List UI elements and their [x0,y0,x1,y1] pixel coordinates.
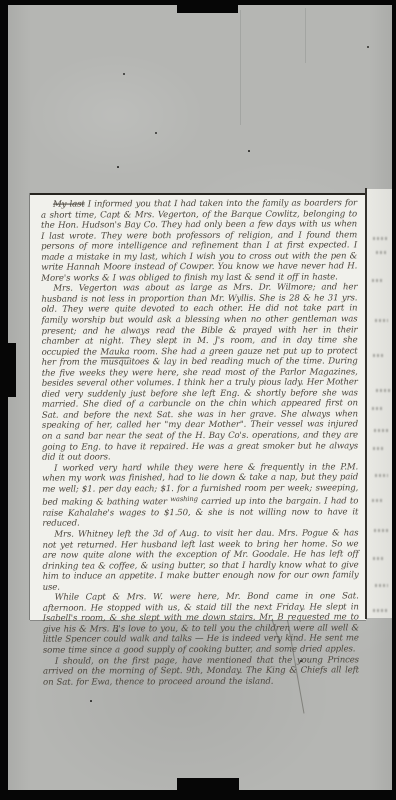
adjacent-page-strip [367,189,392,618]
faint-writing-mark [375,584,388,587]
faint-writing-mark [374,529,388,532]
paper-crease [240,10,241,125]
dust-speck [367,46,369,48]
film-frame: My last I informed you that I had taken … [0,0,396,800]
letter-paragraph-2: Mrs. Vegerton was about as large as Mrs.… [41,283,358,464]
inserted-word: washing [170,495,198,503]
dust-speck [248,150,250,152]
struck-words: My last [53,200,85,210]
dust-speck [90,700,92,702]
faint-writing-mark [374,429,389,432]
faint-writing-mark [373,447,383,450]
film-tab-left [0,343,16,397]
underlined-word: Mauka [100,347,129,358]
faint-writing-mark [375,319,388,322]
faint-writing-mark [376,389,390,392]
film-notch-bottom [177,778,239,800]
paragraph-text: I informed you that I had taken into the… [41,198,357,283]
dust-speck [155,132,157,134]
letter-paragraph-6: I should, on the first page, have mentio… [43,655,359,688]
film-notch-top [177,0,238,13]
letter-paragraph-3: I worked very hard while they were here … [42,462,358,530]
faint-writing-mark [376,251,386,254]
faint-writing-mark [373,557,384,560]
faint-writing-mark [372,499,384,502]
letter-text: My last I informed you that I had taken … [41,198,359,688]
faint-writing-mark [372,279,384,282]
faint-writing-mark [373,354,384,357]
faint-writing-mark [373,237,387,240]
dust-speck [117,166,119,168]
paragraph-text: room. She had a green gauze net put up t… [42,346,358,463]
letter-paragraph-5: While Capt & Mrs. W. were here, Mr. Bond… [43,592,359,657]
dust-speck [123,73,125,75]
faint-writing-mark [373,609,387,612]
faint-writing-mark [375,474,388,477]
letter-paragraph-1: My last I informed you that I had taken … [41,198,357,284]
letter-page: My last I informed you that I had taken … [30,193,366,620]
faint-writing-mark [372,407,384,410]
letter-paragraph-4: Mrs. Whitney left the 3d of Aug. to visi… [42,528,358,593]
paper-crease [305,8,306,63]
